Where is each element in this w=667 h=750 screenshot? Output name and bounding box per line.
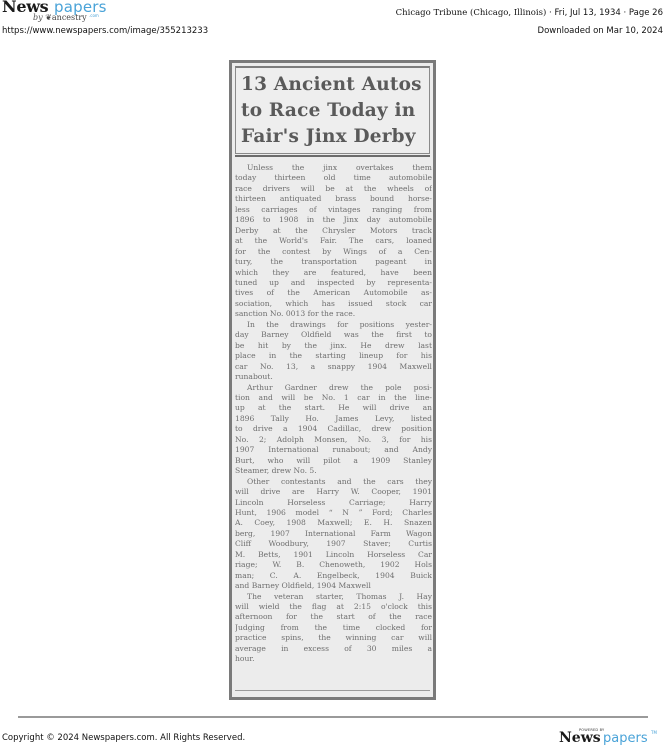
article-line: No. 2; Adolph Monsen, No. 3, for his bbox=[235, 435, 432, 445]
byline-prefix: by bbox=[33, 13, 43, 22]
article-line: 1907 International runabout; and Andy bbox=[235, 445, 432, 455]
article-paragraph: Unless the jinx overtakes themtoday thir… bbox=[235, 163, 432, 320]
headline-line: 13 Ancient Autos bbox=[241, 72, 425, 98]
footer-logo-papers: papers bbox=[603, 731, 648, 746]
article-line: runabout. bbox=[235, 372, 432, 382]
separator: · bbox=[621, 8, 629, 18]
trademark-symbol: TM bbox=[651, 730, 657, 735]
publication-name: Chicago Tribune (Chicago, Illinois) bbox=[396, 8, 547, 18]
article-line: Cliff Woodbury, 1907 Staver; Curtis bbox=[235, 539, 432, 549]
newspapers-logo[interactable]: News papers .com by ❦ancestry bbox=[2, 0, 112, 26]
article-line: Burt, who will pilot a 1909 Stanley bbox=[235, 456, 432, 466]
article-line: Derby at the Chrysler Motors track bbox=[235, 226, 432, 236]
headline-box: 13 Ancient Autosto Race Today inFair's J… bbox=[235, 66, 430, 154]
headline-line: to Race Today in bbox=[241, 98, 425, 124]
article-line: to drive a 1904 Cadillac, drew position bbox=[235, 424, 432, 434]
article-paragraph: The veteran starter, Thomas J. Haywill w… bbox=[235, 592, 432, 665]
article-line: M. Betts, 1901 Lincoln Horseless Car bbox=[235, 550, 432, 560]
article-line: sociation, which has issued stock car bbox=[235, 299, 432, 309]
article-line: will wield the flag at 2:15 o'clock this bbox=[235, 602, 432, 612]
article-body: Unless the jinx overtakes themtoday thir… bbox=[235, 163, 432, 688]
article-line: Hunt, 1906 model “ N ” Ford; Charles bbox=[235, 508, 432, 518]
article-line: and Barney Oldfield, 1904 Maxwell bbox=[235, 581, 432, 591]
newspaper-clipping: 13 Ancient Autosto Race Today inFair's J… bbox=[229, 60, 436, 700]
page-number: Page 26 bbox=[629, 8, 663, 18]
article-line: up at the start. He will drive an bbox=[235, 403, 432, 413]
article-line: tives of the American Automobile as- bbox=[235, 288, 432, 298]
article-line: The veteran starter, Thomas J. Hay bbox=[235, 592, 432, 602]
article-line: Lincoln Horseless Carriage; Harry bbox=[235, 498, 432, 508]
article-paragraph: Other contestants and the cars theywill … bbox=[235, 477, 432, 592]
article-paragraph: Arthur Gardner drew the pole posi-tion a… bbox=[235, 383, 432, 477]
article-line: sanction No. 0013 for the race. bbox=[235, 309, 432, 319]
logo-byline: by ❦ancestry bbox=[33, 13, 87, 22]
citation: Chicago Tribune (Chicago, Illinois) · Fr… bbox=[396, 8, 663, 18]
article-line: car No. 13, a snappy 1904 Maxwell bbox=[235, 362, 432, 372]
article-line: tury, the transportation pageant in bbox=[235, 257, 432, 267]
article-line: riage; W. B. Chenoweth, 1902 Hols bbox=[235, 560, 432, 570]
article-line: 1896 Tally Ho. James Levy, listed bbox=[235, 414, 432, 424]
powered-by-newspapers-logo[interactable]: POWERED BY News papers TM bbox=[559, 731, 659, 749]
copyright-text: Copyright © 2024 Newspapers.com. All Rig… bbox=[2, 733, 245, 743]
footer-logo-news: News bbox=[559, 730, 601, 746]
article-line: Judging from the time clocked for bbox=[235, 623, 432, 633]
article-line: place in the starting lineup for his bbox=[235, 351, 432, 361]
headline-rule bbox=[235, 155, 430, 157]
article-line: Other contestants and the cars they bbox=[235, 477, 432, 487]
bottom-rule bbox=[235, 690, 430, 691]
article-line: average in excess of 30 miles a bbox=[235, 644, 432, 654]
article-line: less carriages of vintages ranging from bbox=[235, 205, 432, 215]
downloaded-date: Downloaded on Mar 10, 2024 bbox=[538, 26, 663, 36]
article-line: for the contest by Wings of a Cen- bbox=[235, 247, 432, 257]
article-line: Steamer, drew No. 5. bbox=[235, 466, 432, 476]
article-line: Unless the jinx overtakes them bbox=[235, 163, 432, 173]
article-line: will drive are Harry W. Cooper, 1901 bbox=[235, 487, 432, 497]
article-line: tuned up and inspected by representa- bbox=[235, 278, 432, 288]
article-line: practice spins, the winning car will bbox=[235, 633, 432, 643]
headline-line: Fair's Jinx Derby bbox=[241, 124, 425, 150]
article-line: be hit by the jinx. He drew last bbox=[235, 341, 432, 351]
logo-com-text: .com bbox=[89, 13, 99, 18]
article-line: A. Coey, 1908 Maxwell; E. H. Snazen bbox=[235, 518, 432, 528]
article-line: berg, 1907 International Farm Wagon bbox=[235, 529, 432, 539]
headline: 13 Ancient Autosto Race Today inFair's J… bbox=[241, 72, 425, 150]
article-line: afternoon for the start of the race bbox=[235, 612, 432, 622]
article-line: today thirteen old time automobile bbox=[235, 173, 432, 183]
article-line: Arthur Gardner drew the pole posi- bbox=[235, 383, 432, 393]
article-line: tion and will be No. 1 car in the line- bbox=[235, 393, 432, 403]
ancestry-logo: ❦ancestry bbox=[45, 13, 87, 22]
source-url[interactable]: https://www.newspapers.com/image/3552132… bbox=[2, 26, 208, 36]
article-line: which they are featured, have been bbox=[235, 268, 432, 278]
footer-divider bbox=[18, 716, 648, 718]
article-line: man; C. A. Engelbeck, 1904 Buick bbox=[235, 571, 432, 581]
article-line: 1896 to 1908 in the Jinx day automobile bbox=[235, 215, 432, 225]
article-line: In the drawings for positions yester- bbox=[235, 320, 432, 330]
article-line: thirteen antiquated brass bound horse- bbox=[235, 194, 432, 204]
publication-date: Fri, Jul 13, 1934 bbox=[554, 8, 620, 18]
article-line: race drivers will be at the wheels of bbox=[235, 184, 432, 194]
article-line: hour. bbox=[235, 654, 432, 664]
article-paragraph: In the drawings for positions yester-day… bbox=[235, 320, 432, 383]
article-line: at the World's Fair. The cars, loaned bbox=[235, 236, 432, 246]
article-line: day Barney Oldfield was the first to bbox=[235, 330, 432, 340]
